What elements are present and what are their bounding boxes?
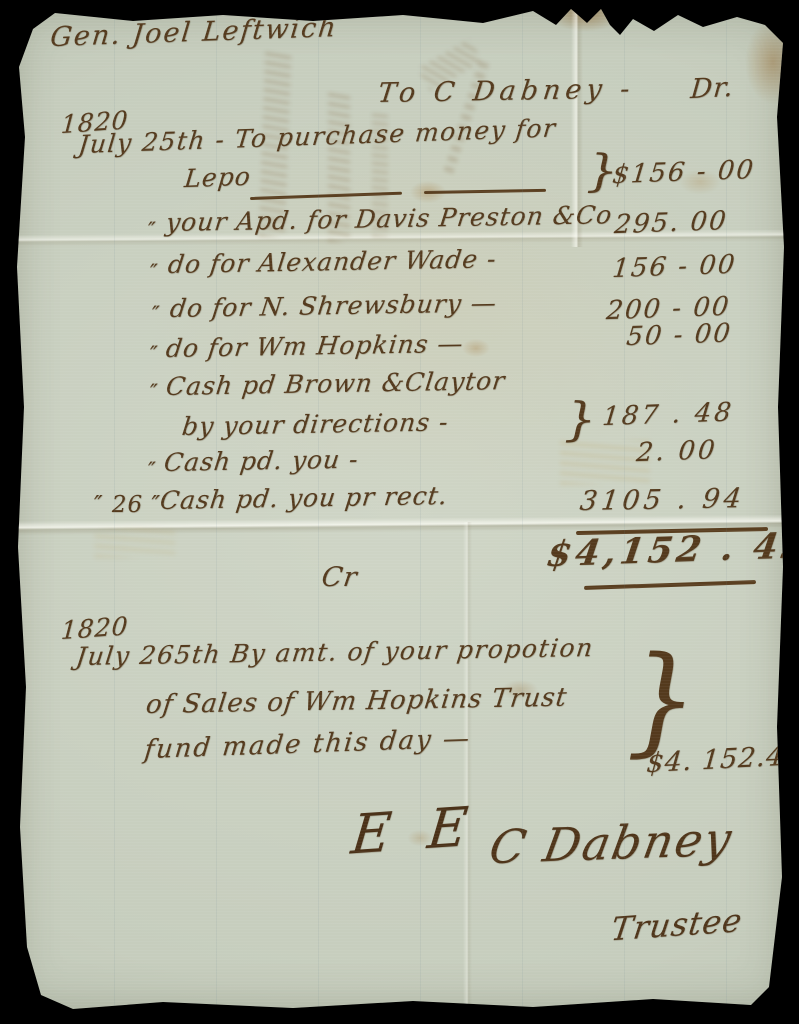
amount-value: 187 . 48	[601, 397, 736, 432]
total-amount: $4,152 . 42	[544, 525, 799, 575]
amount-value: 295. 00	[613, 206, 729, 240]
amount-value: 2. 00	[635, 435, 719, 468]
credit-year: 1820	[60, 611, 130, 645]
credit-marker: Cr	[320, 562, 360, 593]
brace-glyph: }	[564, 392, 597, 446]
ledger-row-desc: Cash pd Brown &Claytor	[164, 366, 507, 401]
manuscript-paper: Gen. Joel Leftwich To C Dabney - Dr. 182…	[13, 7, 787, 1011]
credit-line-2: of Sales of Wm Hopkins Trust	[144, 683, 569, 720]
ditto-mark: ″	[150, 380, 159, 404]
ledger-row-desc: do for Alexander Wade -	[166, 244, 498, 279]
ditto-mark: ″	[148, 458, 157, 482]
amount-value: 3105 . 94	[578, 483, 747, 517]
addressee-line: Gen. Joel Leftwich	[49, 12, 339, 53]
ditto-mark: ″	[150, 260, 159, 284]
hand-drawn-dash	[250, 192, 402, 200]
debit-subject: Lepo	[183, 162, 252, 193]
ditto-mark: ″	[150, 342, 159, 366]
amount-value: 156 - 00	[611, 250, 738, 284]
ditto-mark: ″	[148, 218, 157, 242]
ledger-row-desc: do for N. Shrewsbury —	[168, 288, 498, 323]
errors-excepted-mark: E E	[348, 794, 480, 866]
debit-date-line: July 25th - To purchase money for	[77, 113, 558, 159]
hand-drawn-dash	[424, 189, 546, 194]
debit-abbreviation: Dr.	[689, 72, 735, 105]
signature-title: Trustee	[609, 901, 745, 949]
ledger-row-desc: Cash pd. you -	[162, 445, 360, 477]
brace-glyph-large: }	[626, 640, 698, 758]
total-rule-bottom	[584, 580, 756, 590]
ledger-row-desc: Cash pd. you pr rect.	[158, 481, 449, 515]
scanned-document: Gen. Joel Leftwich To C Dabney - Dr. 182…	[0, 0, 799, 1024]
amount-value: $156 - 00	[611, 155, 757, 190]
ditto-mark: ″	[152, 302, 161, 326]
amount-value: 50 - 00	[625, 318, 734, 352]
account-to-line: To C Dabney -	[376, 74, 636, 110]
ditto-mark-with-day: ″ 26 ″	[94, 492, 161, 518]
signature-name: C Dabney	[485, 812, 737, 875]
credit-line-1: July 265th By amt. of your propotion	[74, 633, 595, 671]
ledger-row-desc: your Apd. for Davis Preston &Co	[164, 200, 614, 237]
handwriting-layer: Gen. Joel Leftwich To C Dabney - Dr. 182…	[0, 0, 799, 1024]
credit-line-3: fund made this day —	[143, 724, 473, 766]
ledger-row-desc: do for Wm Hopkins —	[164, 329, 465, 363]
ledger-row-desc: by your directions -	[180, 407, 450, 441]
